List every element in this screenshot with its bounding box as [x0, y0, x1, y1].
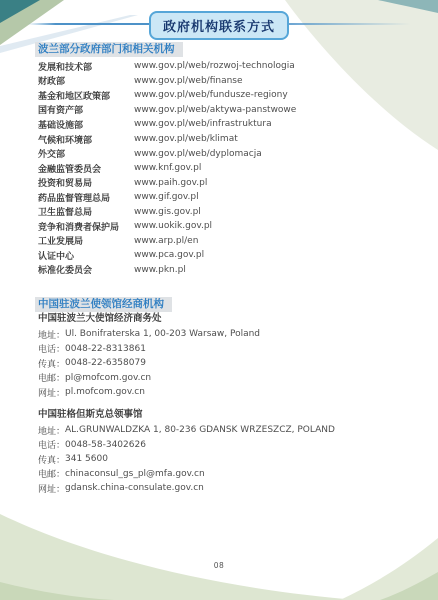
- contact-label: 网址：: [38, 386, 65, 399]
- contact-label: 网址：: [38, 482, 65, 495]
- ministry-url: www.uokik.gov.pl: [134, 221, 212, 231]
- table-row: 工业发展局 www.arp.pl/en: [38, 234, 296, 249]
- page: 政府机构联系方式 波兰部分政府部门和相关机构 发展和技术部 www.gov.pl…: [0, 0, 438, 600]
- ministry-url: www.gov.pl/web/klimat: [134, 134, 238, 144]
- ministry-name: 发展和技术部: [38, 60, 134, 73]
- table-row: 竞争和消费者保护局 www.uokik.gov.pl: [38, 219, 296, 234]
- contact-line-email: 电邮： chinaconsul_gs_pl@mfa.gov.cn: [38, 467, 335, 482]
- office-name: 中国驻格但斯克总领事馆: [38, 406, 335, 423]
- ministry-url: www.arp.pl/en: [134, 236, 198, 246]
- ministry-url: www.gis.gov.pl: [134, 207, 201, 217]
- ministry-name: 工业发展局: [38, 234, 134, 247]
- table-row: 财政部 www.gov.pl/web/finanse: [38, 74, 296, 89]
- ministry-name: 基金和地区政策部: [38, 89, 134, 102]
- contact-value: 0048-22-8313861: [65, 344, 146, 354]
- contact-line-address: 地址： AL.GRUNWALDZKA 1, 80-236 GDANSK WRZE…: [38, 423, 335, 438]
- contact-value: pl.mofcom.gov.cn: [65, 387, 145, 397]
- ministry-url: www.gov.pl/web/rozwoj-technologia: [134, 61, 295, 71]
- ministry-name: 基础设施部: [38, 118, 134, 131]
- ministry-name: 竞争和消费者保护局: [38, 220, 134, 233]
- ministry-name: 认证中心: [38, 249, 134, 262]
- section-heading-polish-agencies: 波兰部分政府部门和相关机构: [35, 42, 183, 57]
- table-row: 标准化委员会 www.pkn.pl: [38, 263, 296, 278]
- contact-value: pl@mofcom.gov.cn: [65, 373, 151, 383]
- office-name: 中国驻波兰大使馆经济商务处: [38, 310, 260, 327]
- contact-value: gdansk.china-consulate.gov.cn: [65, 483, 204, 493]
- contact-label: 地址：: [38, 328, 65, 341]
- ministry-url: www.knf.gov.pl: [134, 163, 201, 173]
- ministry-url: www.gov.pl/web/dyplomacja: [134, 149, 262, 159]
- contact-line-fax: 传真： 0048-22-6358079: [38, 356, 260, 371]
- contact-value: 0048-58-3402626: [65, 440, 146, 450]
- table-row: 气候和环境部 www.gov.pl/web/klimat: [38, 132, 296, 147]
- table-row: 国有资产部 www.gov.pl/web/aktywa-panstwowe: [38, 103, 296, 118]
- contact-line-address: 地址： Ul. Bonifraterska 1, 00-203 Warsaw, …: [38, 327, 260, 342]
- table-row: 金融监管委员会 www.knf.gov.pl: [38, 161, 296, 176]
- contact-line-phone: 电话： 0048-58-3402626: [38, 438, 335, 453]
- table-row: 卫生监督总局 www.gis.gov.pl: [38, 204, 296, 219]
- ministry-url: www.gov.pl/web/infrastruktura: [134, 119, 272, 129]
- ministry-url: www.gov.pl/web/finanse: [134, 76, 243, 86]
- table-row: 外交部 www.gov.pl/web/dyplomacja: [38, 146, 296, 161]
- ministry-name: 外交部: [38, 147, 134, 160]
- contact-line-fax: 传真： 341 5600: [38, 452, 335, 467]
- ministry-name: 金融监管委员会: [38, 162, 134, 175]
- ministry-name: 药品监督管理总局: [38, 191, 134, 204]
- contact-label: 电话：: [38, 342, 65, 355]
- contact-line-website: 网址： pl.mofcom.gov.cn: [38, 385, 260, 400]
- contact-line-email: 电邮： pl@mofcom.gov.cn: [38, 371, 260, 386]
- ministry-url: www.paih.gov.pl: [134, 178, 207, 188]
- table-row: 认证中心 www.pca.gov.pl: [38, 248, 296, 263]
- contact-label: 电邮：: [38, 371, 65, 384]
- contact-label: 传真：: [38, 453, 65, 466]
- page-title-banner: 政府机构联系方式: [149, 11, 289, 40]
- table-row: 投资和贸易局 www.paih.gov.pl: [38, 175, 296, 190]
- contact-value: chinaconsul_gs_pl@mfa.gov.cn: [65, 469, 205, 479]
- office-block-embassy: 中国驻波兰大使馆经济商务处 地址： Ul. Bonifraterska 1, 0…: [38, 310, 260, 400]
- ministry-name: 标准化委员会: [38, 263, 134, 276]
- contact-value: Ul. Bonifraterska 1, 00-203 Warsaw, Pola…: [65, 329, 260, 339]
- contact-label: 地址：: [38, 424, 65, 437]
- contact-line-phone: 电话： 0048-22-8313861: [38, 342, 260, 357]
- contact-value: AL.GRUNWALDZKA 1, 80-236 GDANSK WRZESZCZ…: [65, 425, 335, 435]
- ministry-url: www.gov.pl/web/fundusze-regiony: [134, 90, 288, 100]
- ministry-name: 投资和贸易局: [38, 176, 134, 189]
- ministry-name: 卫生监督总局: [38, 205, 134, 218]
- ministry-table: 发展和技术部 www.gov.pl/web/rozwoj-technologia…: [38, 59, 296, 277]
- contact-label: 电话：: [38, 438, 65, 451]
- ministry-url: www.pkn.pl: [134, 265, 186, 275]
- page-number: 08: [0, 561, 438, 570]
- ministry-url: www.gif.gov.pl: [134, 192, 199, 202]
- contact-line-website: 网址： gdansk.china-consulate.gov.cn: [38, 481, 335, 496]
- contact-label: 电邮：: [38, 467, 65, 480]
- table-row: 基础设施部 www.gov.pl/web/infrastruktura: [38, 117, 296, 132]
- ministry-name: 国有资产部: [38, 103, 134, 116]
- office-block-consulate: 中国驻格但斯克总领事馆 地址： AL.GRUNWALDZKA 1, 80-236…: [38, 406, 335, 496]
- ministry-url: www.gov.pl/web/aktywa-panstwowe: [134, 105, 296, 115]
- contact-value: 0048-22-6358079: [65, 358, 146, 368]
- table-row: 发展和技术部 www.gov.pl/web/rozwoj-technologia: [38, 59, 296, 74]
- contact-label: 传真：: [38, 357, 65, 370]
- ministry-url: www.pca.gov.pl: [134, 250, 204, 260]
- contact-value: 341 5600: [65, 454, 108, 464]
- ministry-name: 气候和环境部: [38, 133, 134, 146]
- table-row: 基金和地区政策部 www.gov.pl/web/fundusze-regiony: [38, 88, 296, 103]
- ministry-name: 财政部: [38, 74, 134, 87]
- table-row: 药品监督管理总局 www.gif.gov.pl: [38, 190, 296, 205]
